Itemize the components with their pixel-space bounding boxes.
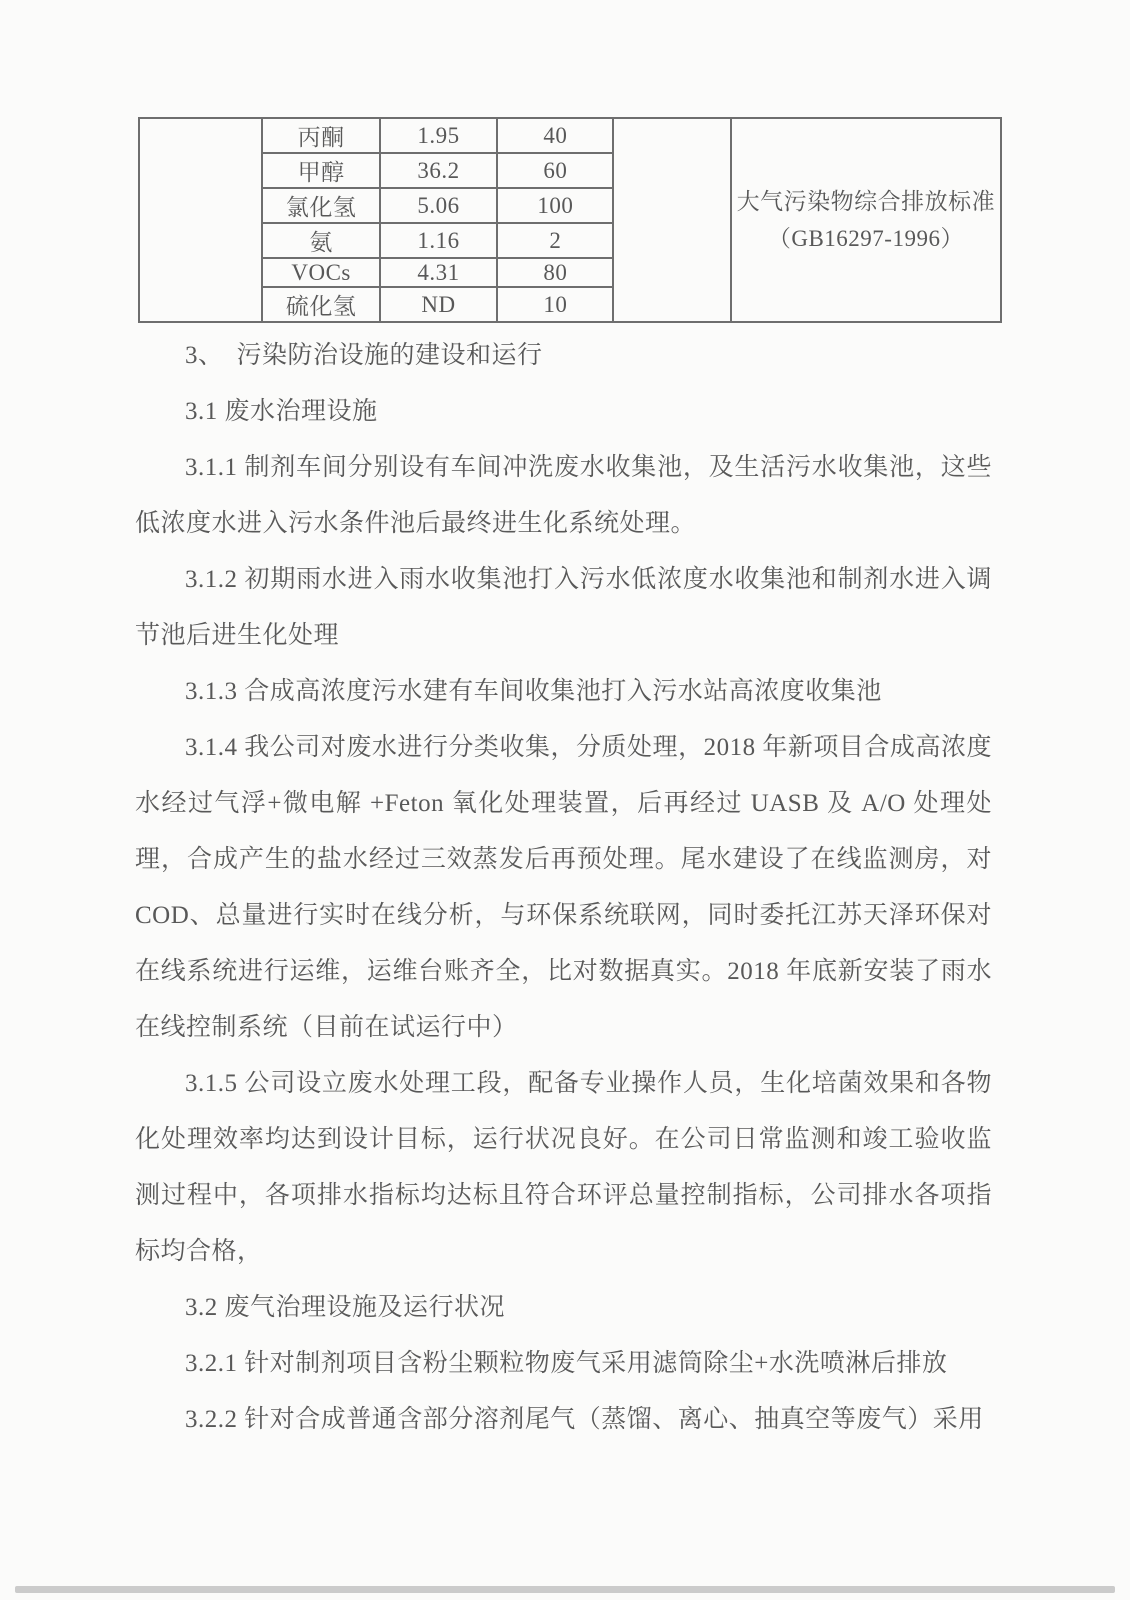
pollutant-name-cell: VOCs	[262, 258, 379, 287]
limit-value-cell: 10	[497, 287, 613, 322]
emissions-table: 丙酮 1.95 40 大气污染物综合排放标准 （GB16297-1996） 甲醇…	[138, 117, 1002, 323]
limit-value-cell: 2	[497, 223, 613, 258]
standard-reference-cell: 大气污染物综合排放标准 （GB16297-1996）	[731, 118, 1001, 322]
section-heading-3-2: 3.2 废气治理设施及运行状况	[135, 1280, 992, 1336]
pollutant-name-cell: 氨	[262, 223, 379, 258]
limit-value-cell: 100	[497, 188, 613, 223]
scan-edge-artifact	[15, 1586, 1115, 1593]
merged-blank-cell-middle	[613, 118, 730, 322]
table-row: 丙酮 1.95 40 大气污染物综合排放标准 （GB16297-1996）	[139, 118, 1001, 153]
measured-value-cell: 1.16	[380, 223, 497, 258]
paragraph-3-1-5: 3.1.5 公司设立废水处理工段，配备专业操作人员，生化培菌效果和各物化处理效率…	[135, 1056, 992, 1280]
paragraph-3-1-1: 3.1.1 制剂车间分别设有车间冲洗废水收集池，及生活污水收集池，这些低浓度水进…	[135, 440, 992, 552]
standard-name: 大气污染物综合排放标准	[737, 189, 996, 214]
section-heading-3-1: 3.1 废水治理设施	[135, 384, 992, 440]
measured-value-cell: 5.06	[380, 188, 497, 223]
paragraph-3-1-4: 3.1.4 我公司对废水进行分类收集，分质处理，2018 年新项目合成高浓度水经…	[135, 720, 992, 1056]
section-heading-3: 3、 污染防治设施的建设和运行	[135, 328, 992, 384]
measured-value-cell: 1.95	[380, 118, 497, 153]
limit-value-cell: 60	[497, 153, 613, 188]
paragraph-3-1-3: 3.1.3 合成高浓度污水建有车间收集池打入污水站高浓度收集池	[135, 664, 992, 720]
measured-value-cell: ND	[380, 287, 497, 322]
pollutant-name-cell: 氯化氢	[262, 188, 379, 223]
measured-value-cell: 4.31	[380, 258, 497, 287]
document-page: 丙酮 1.95 40 大气污染物综合排放标准 （GB16297-1996） 甲醇…	[0, 0, 1130, 1600]
limit-value-cell: 80	[497, 258, 613, 287]
limit-value-cell: 40	[497, 118, 613, 153]
paragraph-3-2-1: 3.2.1 针对制剂项目含粉尘颗粒物废气采用滤筒除尘+水洗喷淋后排放	[135, 1336, 992, 1392]
measured-value-cell: 36.2	[380, 153, 497, 188]
paragraph-3-2-2: 3.2.2 针对合成普通含部分溶剂尾气（蒸馏、离心、抽真空等废气）采用	[135, 1392, 992, 1448]
document-body: 3、 污染防治设施的建设和运行 3.1 废水治理设施 3.1.1 制剂车间分别设…	[135, 328, 992, 1448]
pollutant-name-cell: 甲醇	[262, 153, 379, 188]
merged-blank-cell-left	[139, 118, 262, 322]
pollutant-name-cell: 硫化氢	[262, 287, 379, 322]
paragraph-3-1-2: 3.1.2 初期雨水进入雨水收集池打入污水低浓度水收集池和制剂水进入调节池后进生…	[135, 552, 992, 664]
pollutant-name-cell: 丙酮	[262, 118, 379, 153]
standard-code: （GB16297-1996）	[768, 226, 964, 251]
